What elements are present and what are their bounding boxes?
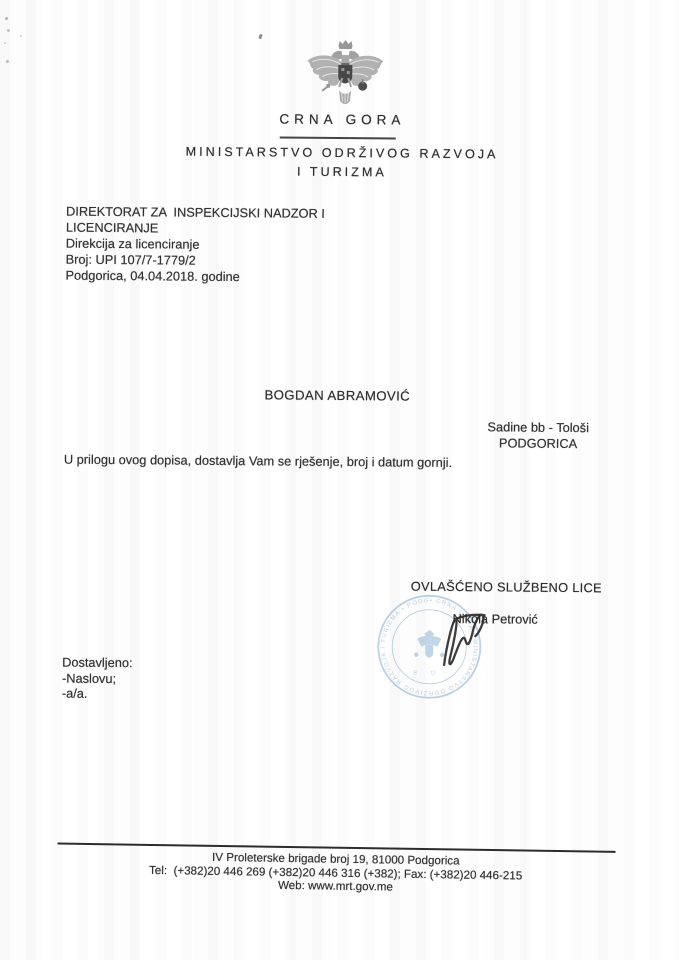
- handwritten-signature: [434, 607, 527, 672]
- recipient-city: PODGORICA: [474, 435, 602, 452]
- place-and-date: Podgorica, 04.04.2018. godine: [65, 268, 324, 286]
- recipient-name: BOGDAN ABRAMOVIĆ: [264, 387, 410, 403]
- recipient-address: Sadine bb - Tološi PODGORICA: [474, 419, 602, 451]
- letter-footer: IV Proleterske brigade broj 19, 81000 Po…: [9, 0, 679, 7]
- letter-body: U prilogu ovog dopisa, dostavlja Vam se …: [64, 452, 544, 471]
- letter-content: CRNA GORA MINISTARSTVO ODRŽIVOG RAZVOJA …: [0, 0, 679, 960]
- recipient-street: Sadine bb - Tološi: [474, 419, 602, 436]
- delivery-label: Dostavljeno:: [62, 655, 133, 671]
- ministry-name-line1: MINISTARSTVO ODRŽIVOG RAZVOJA: [3, 143, 679, 163]
- country-title: CRNA GORA: [3, 109, 679, 130]
- delivery-block: Dostavljeno: -Naslovu; -a/a.: [62, 655, 133, 702]
- svg-text:B O: B O: [413, 671, 441, 677]
- sender-block: DIREKTORAT ZA INSPEKCIJSKI NADZOR I LICE…: [65, 204, 325, 286]
- ministry-name-line2: I TURIZMA: [2, 162, 679, 182]
- scanned-letter-page: CRNA GORA MINISTARSTVO ODRŽIVOG RAZVOJA …: [0, 0, 679, 960]
- montenegro-coat-of-arms-icon: [300, 38, 391, 113]
- delivery-item: -a/a.: [62, 686, 133, 702]
- authorized-officer-title: OVLAŠĆENO SLUŽBENO LICE: [411, 579, 602, 596]
- delivery-item: -Naslovu;: [62, 670, 133, 686]
- letterhead-divider: [280, 136, 396, 139]
